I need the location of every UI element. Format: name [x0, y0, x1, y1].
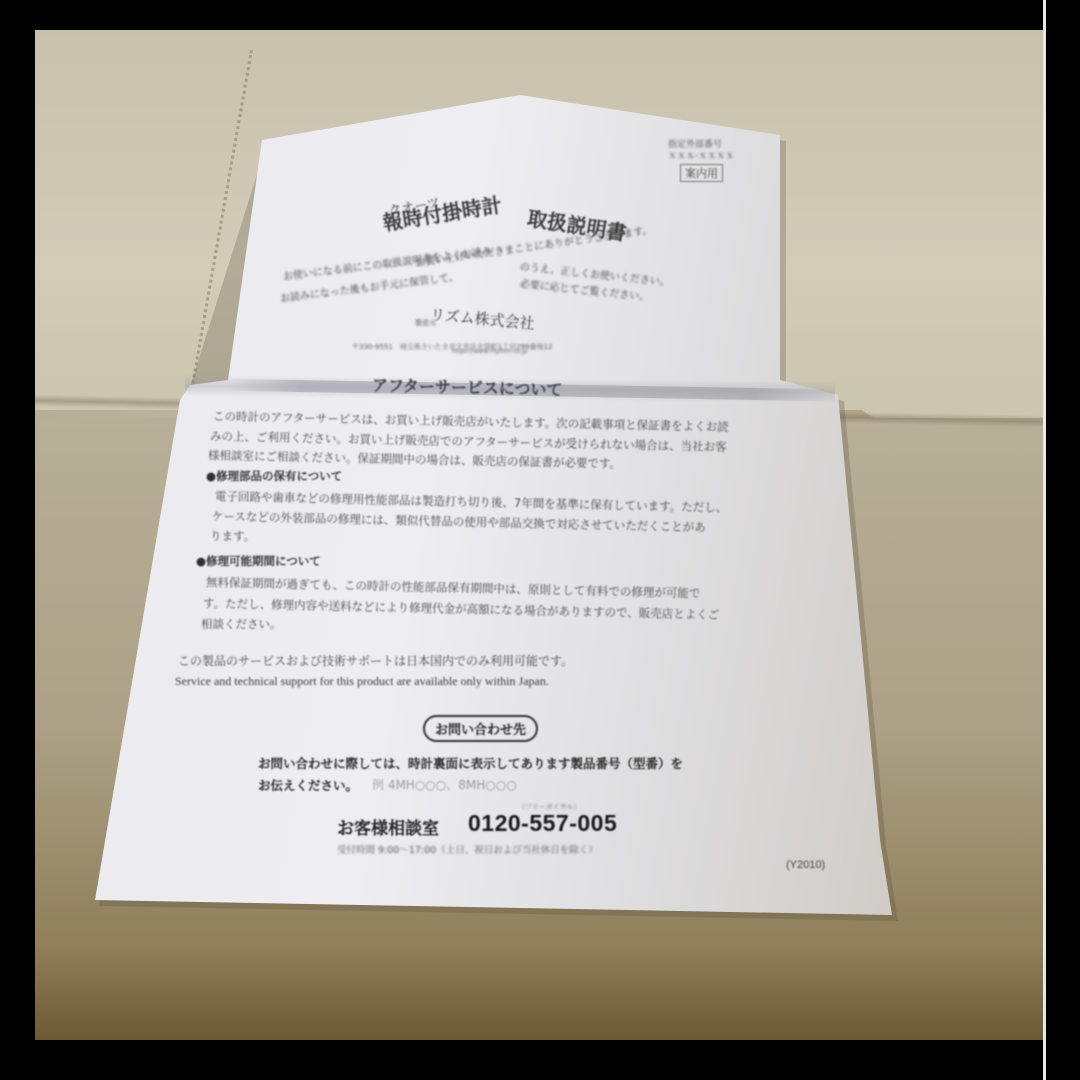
- document-code: (Y2010): [786, 859, 825, 871]
- body-line: ります。: [210, 528, 255, 544]
- phone-number: 0120-557-005: [468, 810, 617, 837]
- corner-label: 案内用: [680, 164, 723, 182]
- contact-instruction: お問い合わせに際しては、時計裏面に表示してあります製品番号（型番）を: [258, 754, 683, 772]
- model-example: 例 4MH○○○、8MH○○○: [372, 776, 517, 793]
- frame-divider: [1043, 0, 1046, 1080]
- parts-heading: ●修理部品の保有について: [206, 468, 342, 484]
- period-heading: ●修理可能期間について: [196, 553, 321, 569]
- company-url: https://www.rhythm.co.jp: [452, 348, 527, 355]
- corner-code: 指定外部番号 ｘｘｘ-ｘｘｘｘ: [668, 140, 734, 162]
- support-note-en: Service and technical support for this p…: [175, 674, 549, 689]
- body-line: 相談ください。: [201, 616, 282, 632]
- contact-instruction: お伝えください。: [258, 776, 358, 794]
- contact-heading: お問い合わせ先: [423, 715, 538, 742]
- support-note-jp: この製品のサービスおよび技術サポートは日本国内でのみ利用可能です。: [178, 652, 573, 669]
- customer-desk-label: お客様相談室: [337, 814, 439, 839]
- business-hours: 受付時間 9:00～17:00（土日、祝日および当社休日を除く）: [337, 842, 598, 856]
